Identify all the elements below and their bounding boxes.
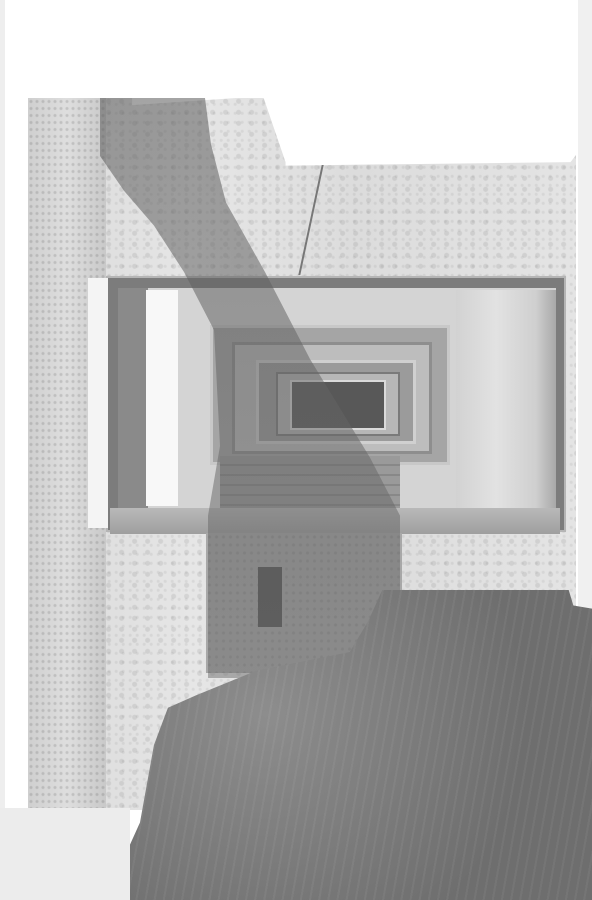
tunnel-left-wall bbox=[118, 288, 148, 508]
tunnel-right-wall bbox=[456, 290, 556, 510]
bottom-left-margin bbox=[0, 808, 130, 900]
white-slab-inner bbox=[146, 290, 178, 506]
white-slab-outer bbox=[88, 278, 108, 528]
left-margin bbox=[0, 0, 5, 900]
